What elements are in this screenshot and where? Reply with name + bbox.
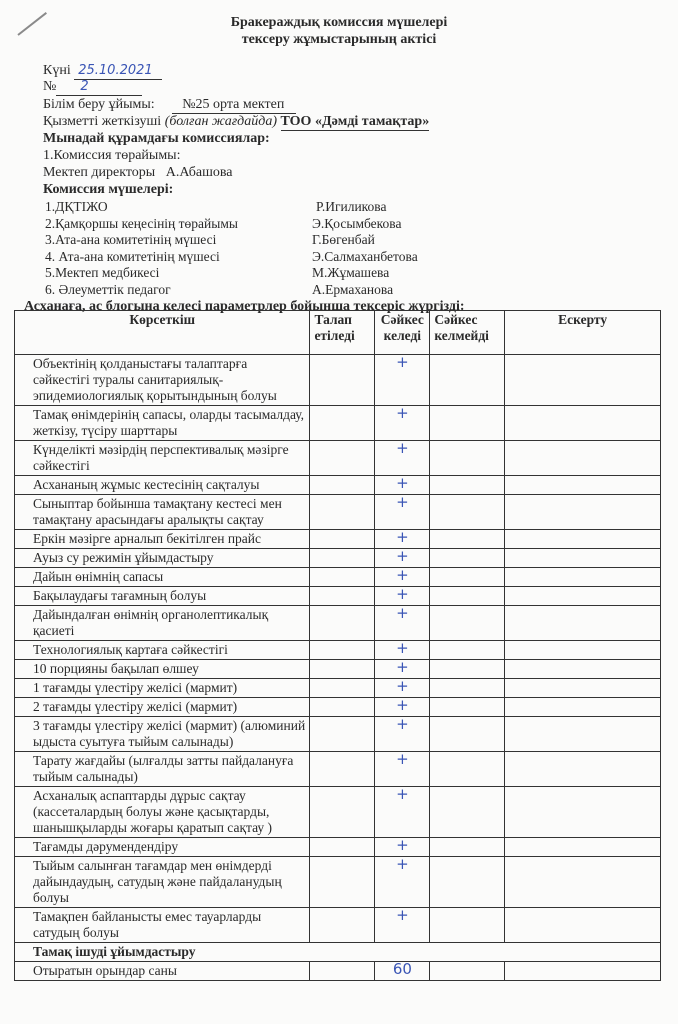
table-row: Тамақпен байланысты емес тауарларды сату…	[15, 908, 661, 943]
table-row: Бақылаудағы тағамның болуы+	[15, 587, 661, 606]
compliant-cell[interactable]: +	[375, 549, 430, 568]
required-cell[interactable]	[310, 568, 375, 587]
member-name: М.Жұмашева	[312, 265, 389, 281]
table-row: Дайын өнімнің сапасы+	[15, 568, 661, 587]
required-cell[interactable]	[310, 679, 375, 698]
noncompliant-cell[interactable]	[430, 698, 505, 717]
table-row: Объектінің қолданыстағы талаптарға сәйке…	[15, 355, 661, 406]
noncompliant-cell[interactable]	[430, 660, 505, 679]
note-cell[interactable]	[505, 787, 661, 838]
required-cell[interactable]	[310, 406, 375, 441]
indicator-cell: 2 тағамды үлестіру желісі (мармит)	[15, 698, 310, 717]
note-cell[interactable]	[505, 660, 661, 679]
date-value[interactable]: 25.10.2021	[74, 63, 162, 80]
chair-role: Мектеп директоры	[43, 165, 155, 180]
compliant-cell[interactable]: +	[375, 717, 430, 752]
noncompliant-cell[interactable]	[430, 476, 505, 495]
note-cell[interactable]	[505, 530, 661, 549]
table-row: Отыратын орындар саны60	[15, 962, 661, 981]
supplier-line: Қызметті жеткізуші (болған жағдайда) ТОО…	[43, 114, 429, 131]
compliant-cell[interactable]: +	[375, 587, 430, 606]
required-cell[interactable]	[310, 717, 375, 752]
header-required: Талап етіледі	[310, 311, 375, 355]
noncompliant-cell[interactable]	[430, 857, 505, 908]
compliant-cell[interactable]: +	[375, 787, 430, 838]
noncompliant-cell[interactable]	[430, 838, 505, 857]
indicator-cell: Күнделікті мәзірдің перспективалық мәзір…	[15, 441, 310, 476]
table-row: 1 тағамды үлестіру желісі (мармит)+	[15, 679, 661, 698]
indicator-cell: Асханалық аспаптарды дұрыс сақтау (кассе…	[15, 787, 310, 838]
noncompliant-cell[interactable]	[430, 908, 505, 943]
member-role: 6. Әлеуметтік педагог	[45, 282, 171, 298]
date-label: Күні	[43, 63, 71, 78]
indicator-cell: 10 порцияны бақылап өлшеу	[15, 660, 310, 679]
required-cell[interactable]	[310, 641, 375, 660]
members-heading: Комиссия мүшелері:	[43, 182, 173, 198]
compliant-cell[interactable]: +	[375, 698, 430, 717]
indicator-cell: Тағамды дәрумендендіру	[15, 838, 310, 857]
chair-line: Мектеп директоры А.Абашова	[43, 165, 233, 181]
required-cell[interactable]	[310, 476, 375, 495]
noncompliant-cell[interactable]	[430, 355, 505, 406]
indicator-cell: Технологиялық картаға сәйкестігі	[15, 641, 310, 660]
organization-label: Білім беру ұйымы:	[43, 97, 155, 112]
chair-label: 1.Комиссия төрайымы:	[43, 148, 180, 164]
indicator-cell: 1 тағамды үлестіру желісі (мармит)	[15, 679, 310, 698]
required-cell[interactable]	[310, 660, 375, 679]
commission-heading: Мынадай құрамдағы комиссиялар:	[43, 131, 270, 147]
indicator-cell: Дайын өнімнің сапасы	[15, 568, 310, 587]
noncompliant-cell[interactable]	[430, 530, 505, 549]
required-cell[interactable]	[310, 752, 375, 787]
indicator-cell: Дайындалған өнімнің органолептикалық қас…	[15, 606, 310, 641]
note-cell[interactable]	[505, 495, 661, 530]
table-row: Тағамды дәрумендендіру+	[15, 838, 661, 857]
document-title-line2: тексеру жұмыстарының актісі	[0, 31, 678, 48]
compliant-cell[interactable]: +	[375, 530, 430, 549]
table-row: Тарату жағдайы (ылғалды затты пайдалануғ…	[15, 752, 661, 787]
indicator-cell: Тамақ өнімдерінің сапасы, оларды тасымал…	[15, 406, 310, 441]
compliant-cell[interactable]: +	[375, 660, 430, 679]
table-row: 10 порцияны бақылап өлшеу+	[15, 660, 661, 679]
table-row: 2 тағамды үлестіру желісі (мармит)+	[15, 698, 661, 717]
table-row: Ауыз су режимін ұйымдастыру+	[15, 549, 661, 568]
indicator-cell: 3 тағамды үлестіру желісі (мармит) (алюм…	[15, 717, 310, 752]
noncompliant-cell[interactable]	[430, 679, 505, 698]
required-cell[interactable]	[310, 441, 375, 476]
compliant-cell[interactable]: +	[375, 355, 430, 406]
compliant-cell[interactable]: +	[375, 406, 430, 441]
indicator-cell: Еркін мәзірге арналып бекітілген прайс	[15, 530, 310, 549]
noncompliant-cell[interactable]	[430, 495, 505, 530]
section-heading: Тамақ ішуді ұйымдастыру	[15, 943, 661, 962]
member-role: 5.Мектеп медбикесі	[45, 265, 159, 281]
compliant-cell[interactable]: +	[375, 476, 430, 495]
number-value[interactable]: 2	[56, 79, 142, 96]
note-cell[interactable]	[505, 962, 661, 981]
compliant-cell[interactable]: +	[375, 679, 430, 698]
required-cell[interactable]	[310, 908, 375, 943]
note-cell[interactable]	[505, 606, 661, 641]
table-row: Сыныптар бойынша тамақтану кестесі мен т…	[15, 495, 661, 530]
number-label: №	[43, 79, 56, 94]
noncompliant-cell[interactable]	[430, 962, 505, 981]
indicator-cell: Тамақпен байланысты емес тауарларды сату…	[15, 908, 310, 943]
noncompliant-cell[interactable]	[430, 717, 505, 752]
member-role: 4. Ата-ана комитетінің мүшесі	[45, 249, 220, 265]
indicator-cell: Объектінің қолданыстағы талаптарға сәйке…	[15, 355, 310, 406]
required-cell[interactable]	[310, 587, 375, 606]
number-line: №2	[43, 79, 142, 96]
indicator-cell: Сыныптар бойынша тамақтану кестесі мен т…	[15, 495, 310, 530]
member-name: Э.Салмаханбетова	[312, 249, 418, 265]
table-row: Асхананың жұмыс кестесінің сақталуы+	[15, 476, 661, 495]
required-cell[interactable]	[310, 530, 375, 549]
member-role: 1.ДҚТІЖО	[45, 199, 108, 215]
compliant-cell[interactable]: +	[375, 606, 430, 641]
compliant-cell[interactable]: +	[375, 857, 430, 908]
section-row: Тамақ ішуді ұйымдастыру	[15, 943, 661, 962]
note-cell[interactable]	[505, 587, 661, 606]
noncompliant-cell[interactable]	[430, 549, 505, 568]
header-note: Ескерту	[505, 311, 661, 355]
member-name: А.Ермаханова	[312, 282, 393, 298]
table-row: Дайындалған өнімнің органолептикалық қас…	[15, 606, 661, 641]
supplier-label: Қызметті жеткізуші	[43, 114, 161, 129]
note-cell[interactable]	[505, 549, 661, 568]
note-cell[interactable]	[505, 406, 661, 441]
compliant-cell[interactable]: +	[375, 752, 430, 787]
compliant-cell[interactable]: +	[375, 441, 430, 476]
indicator-cell: Тыйым салынған тағамдар мен өнімдерді да…	[15, 857, 310, 908]
note-cell[interactable]	[505, 698, 661, 717]
chair-name: А.Абашова	[166, 165, 233, 180]
required-cell[interactable]	[310, 838, 375, 857]
member-name: Р.Игиликова	[316, 199, 386, 215]
noncompliant-cell[interactable]	[430, 406, 505, 441]
note-cell[interactable]	[505, 679, 661, 698]
compliant-cell[interactable]: +	[375, 641, 430, 660]
header-compliant: Сәйкес келеді	[375, 311, 430, 355]
indicator-cell: Ауыз су режимін ұйымдастыру	[15, 549, 310, 568]
note-cell[interactable]	[505, 857, 661, 908]
compliant-cell[interactable]: 60	[375, 962, 430, 981]
note-cell[interactable]	[505, 355, 661, 406]
required-cell[interactable]	[310, 787, 375, 838]
member-role: 3.Ата-ана комитетінің мүшесі	[45, 232, 216, 248]
indicator-cell: Асхананың жұмыс кестесінің сақталуы	[15, 476, 310, 495]
indicator-cell: Тарату жағдайы (ылғалды затты пайдалануғ…	[15, 752, 310, 787]
compliant-cell[interactable]: +	[375, 838, 430, 857]
table-header-row: Көрсеткіш Талап етіледі Сәйкес келеді Сә…	[15, 311, 661, 355]
required-cell[interactable]	[310, 857, 375, 908]
compliant-cell[interactable]: +	[375, 568, 430, 587]
member-name: Э.Қосымбекова	[312, 216, 401, 232]
supplier-value[interactable]: ТОО «Дәмді тамақтар»	[281, 114, 430, 131]
noncompliant-cell[interactable]	[430, 568, 505, 587]
note-cell[interactable]	[505, 476, 661, 495]
table-row: Тыйым салынған тағамдар мен өнімдерді да…	[15, 857, 661, 908]
table-row: 3 тағамды үлестіру желісі (мармит) (алюм…	[15, 717, 661, 752]
table-row: Еркін мәзірге арналып бекітілген прайс+	[15, 530, 661, 549]
organization-value[interactable]: №25 орта мектеп	[172, 97, 296, 114]
noncompliant-cell[interactable]	[430, 752, 505, 787]
noncompliant-cell[interactable]	[430, 606, 505, 641]
compliant-cell[interactable]: +	[375, 908, 430, 943]
note-cell[interactable]	[505, 717, 661, 752]
note-cell[interactable]	[505, 568, 661, 587]
note-cell[interactable]	[505, 441, 661, 476]
header-noncompliant: Сәйкес келмейді	[430, 311, 505, 355]
compliant-cell[interactable]: +	[375, 495, 430, 530]
header-indicator: Көрсеткіш	[15, 311, 310, 355]
note-cell[interactable]	[505, 908, 661, 943]
table-row: Тамақ өнімдерінің сапасы, оларды тасымал…	[15, 406, 661, 441]
indicator-cell: Отыратын орындар саны	[15, 962, 310, 981]
required-cell[interactable]	[310, 606, 375, 641]
noncompliant-cell[interactable]	[430, 441, 505, 476]
table-row: Технологиялық картаға сәйкестігі+	[15, 641, 661, 660]
required-cell[interactable]	[310, 698, 375, 717]
required-cell[interactable]	[310, 549, 375, 568]
noncompliant-cell[interactable]	[430, 587, 505, 606]
inspection-table: Көрсеткіш Талап етіледі Сәйкес келеді Сә…	[14, 310, 661, 981]
required-cell[interactable]	[310, 355, 375, 406]
indicator-cell: Бақылаудағы тағамның болуы	[15, 587, 310, 606]
member-name: Г.Бөгенбай	[312, 232, 375, 248]
member-role: 2.Қамқоршы кеңесінің төрайымы	[45, 216, 238, 232]
date-line: Күні 25.10.2021	[43, 63, 162, 80]
supplier-note: (болған жағдайда)	[165, 114, 277, 129]
note-cell[interactable]	[505, 838, 661, 857]
required-cell[interactable]	[310, 962, 375, 981]
noncompliant-cell[interactable]	[430, 641, 505, 660]
note-cell[interactable]	[505, 641, 661, 660]
table-row: Күнделікті мәзірдің перспективалық мәзір…	[15, 441, 661, 476]
noncompliant-cell[interactable]	[430, 787, 505, 838]
organization-line: Білім беру ұйымы: №25 орта мектеп	[43, 97, 296, 114]
note-cell[interactable]	[505, 752, 661, 787]
document-title-line1: Бракераждық комиссия мүшелері	[0, 14, 678, 31]
table-row: Асханалық аспаптарды дұрыс сақтау (кассе…	[15, 787, 661, 838]
required-cell[interactable]	[310, 495, 375, 530]
